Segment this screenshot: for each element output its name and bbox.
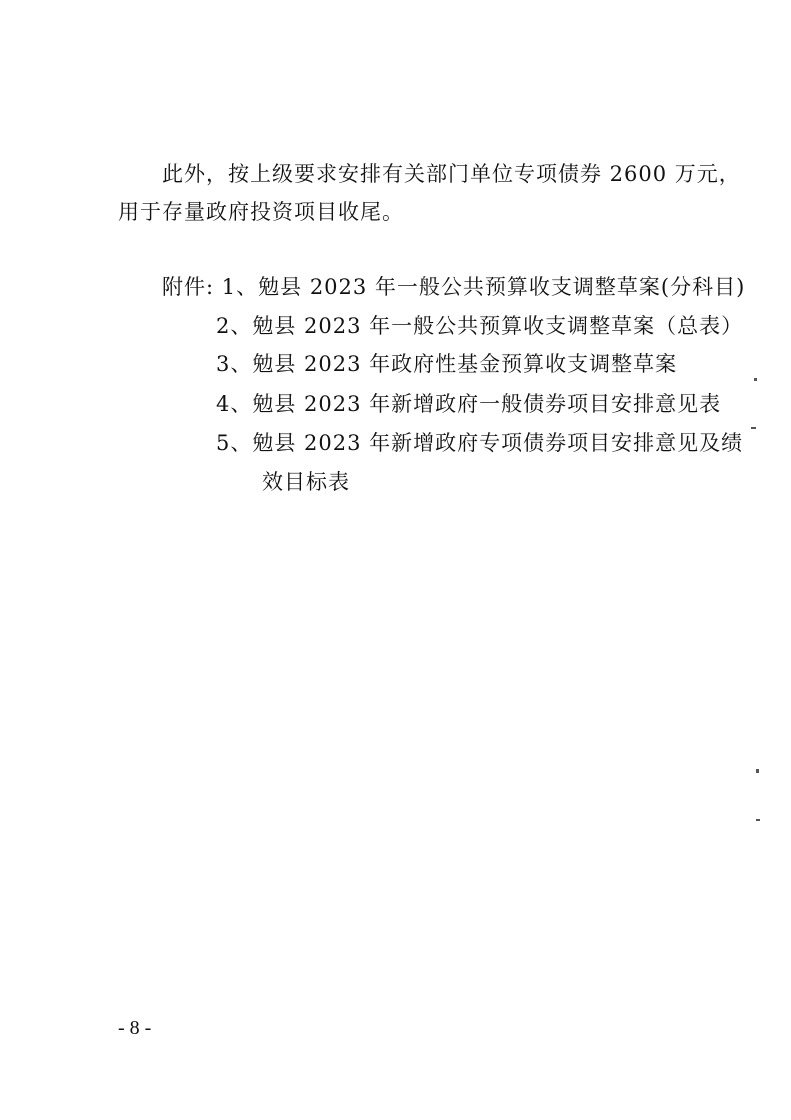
attachment-text: 勉县 2023 年新增政府一般债券项目安排意见表 bbox=[252, 392, 721, 416]
attachment-item-2: 2、勉县 2023 年一般公共预算收支调整草案（总表） bbox=[216, 312, 743, 340]
attachment-item-3: 3、勉县 2023 年政府性基金预算收支调整草案 bbox=[216, 350, 677, 378]
attachments-label: 附件: bbox=[162, 275, 214, 299]
attachment-item-4: 4、勉县 2023 年新增政府一般债券项目安排意见表 bbox=[216, 390, 721, 418]
attachment-number: 1、 bbox=[222, 275, 258, 299]
paragraph-line-2: 用于存量政府投资项目收尾。 bbox=[118, 198, 404, 226]
attachment-item-5-continuation: 效目标表 bbox=[262, 468, 350, 496]
paragraph-line-1: 此外，按上级要求安排有关部门单位专项债券 2600 万元， bbox=[162, 160, 741, 188]
attachment-text: 勉县 2023 年一般公共预算收支调整草案（总表） bbox=[252, 314, 743, 338]
attachment-text: 勉县 2023 年一般公共预算收支调整草案(分科目) bbox=[258, 275, 745, 299]
attachment-text: 勉县 2023 年政府性基金预算收支调整草案 bbox=[252, 352, 677, 376]
scan-speck bbox=[751, 427, 756, 429]
attachment-number: 4、 bbox=[216, 392, 252, 416]
attachment-text: 勉县 2023 年新增政府专项债券项目安排意见及绩 bbox=[252, 431, 743, 455]
attachment-item-5: 5、勉县 2023 年新增政府专项债券项目安排意见及绩 bbox=[216, 429, 743, 457]
attachment-number: 2、 bbox=[216, 314, 252, 338]
scan-speck bbox=[756, 769, 759, 773]
attachment-number: 3、 bbox=[216, 352, 252, 376]
scan-speck bbox=[756, 819, 760, 821]
page-number: - 8 - bbox=[118, 1015, 151, 1041]
scan-speck bbox=[754, 378, 757, 381]
attachment-number: 5、 bbox=[216, 431, 252, 455]
attachment-item-1: 附件: 1、勉县 2023 年一般公共预算收支调整草案(分科目) bbox=[162, 273, 745, 301]
